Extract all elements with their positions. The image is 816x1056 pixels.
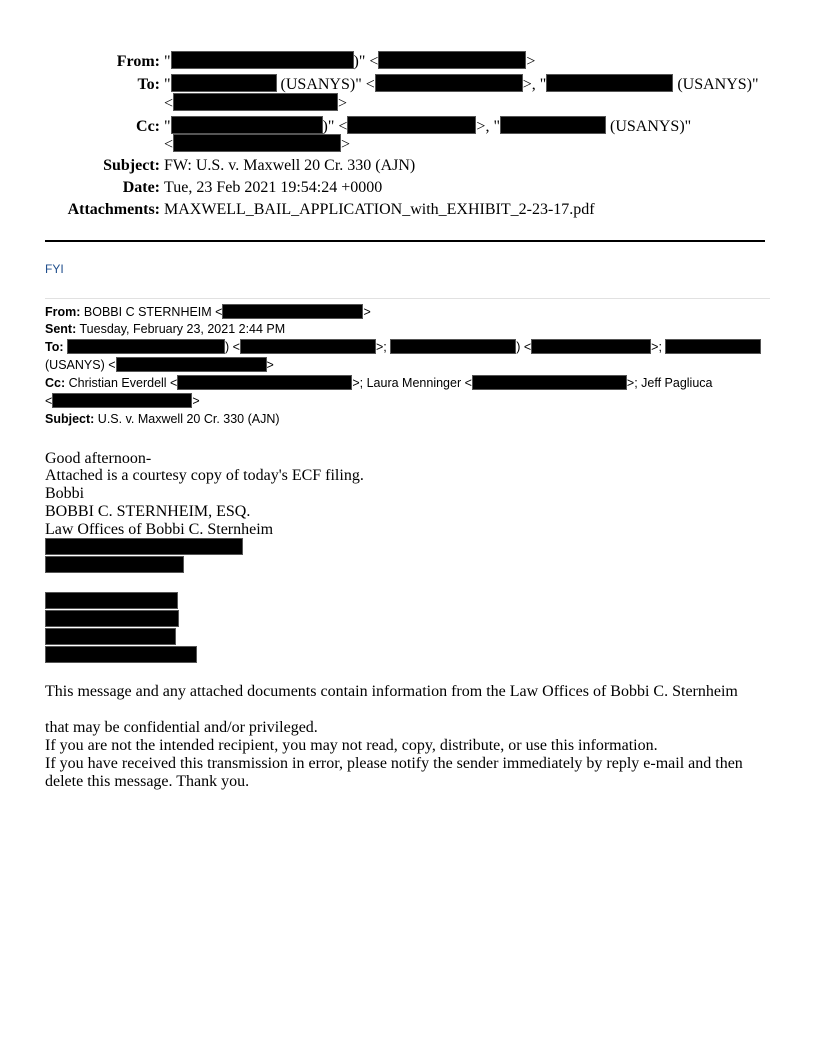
- to-sep: >, ": [523, 76, 547, 93]
- attachments-row: Attachments: MAXWELL_BAIL_APPLICATION_wi…: [0, 199, 816, 221]
- fwd-cc-row-cont: <>: [45, 392, 785, 410]
- to-sep: ) <: [516, 340, 531, 354]
- lt: <: [164, 95, 173, 112]
- redaction: [67, 339, 225, 354]
- redaction: [177, 375, 352, 390]
- redaction-contact: [45, 592, 178, 609]
- cc-laura-menninger: >; Laura Menninger <: [352, 376, 472, 390]
- redaction: [171, 74, 277, 92]
- cc-jeff-pagliuca: >; Jeff Pagliuca: [627, 376, 713, 390]
- redaction-address: [45, 538, 243, 555]
- redaction: [222, 304, 363, 319]
- signature-firm: Law Offices of Bobbi C. Sternheim: [45, 521, 273, 539]
- fwd-from-name: BOBBI C STERNHEIM <: [80, 305, 222, 319]
- fwd-from-row: From: BOBBI C STERNHEIM <>: [45, 303, 785, 321]
- fwd-to-label: To:: [45, 340, 64, 354]
- disclaimer-line: If you have received this transmission i…: [45, 755, 743, 773]
- subject-value: FW: U.S. v. Maxwell 20 Cr. 330 (AJN): [164, 155, 415, 177]
- fwd-subject-label: Subject:: [45, 412, 94, 426]
- fwd-subject-value: U.S. v. Maxwell 20 Cr. 330 (AJN): [94, 412, 279, 426]
- disclaimer-line: delete this message. Thank you.: [45, 773, 249, 791]
- header-divider: [45, 240, 765, 242]
- gt: >: [363, 305, 370, 319]
- fwd-subject-row: Subject: U.S. v. Maxwell 20 Cr. 330 (AJN…: [45, 410, 785, 428]
- attachments-label: Attachments:: [68, 199, 160, 221]
- to-row-cont: <>: [0, 93, 816, 115]
- signature-name: BOBBI C. STERNHEIM, ESQ.: [45, 503, 250, 521]
- redaction: [546, 74, 673, 92]
- forward-divider: [45, 298, 770, 299]
- fwd-sent-label: Sent:: [45, 322, 76, 336]
- gt: >: [192, 394, 199, 408]
- redaction: [375, 74, 523, 92]
- gt: >: [341, 136, 350, 153]
- fwd-sent-row: Sent: Tuesday, February 23, 2021 2:44 PM: [45, 320, 785, 338]
- body-line: Attached is a courtesy copy of today's E…: [45, 467, 364, 485]
- date-row: Date: Tue, 23 Feb 2021 19:54:24 +0000: [0, 177, 816, 199]
- gt: >: [338, 95, 347, 112]
- from-row: From: ")" <>: [0, 51, 816, 73]
- redaction-address: [45, 556, 184, 573]
- lt: <: [164, 136, 173, 153]
- fwd-sent-value: Tuesday, February 23, 2021 2:44 PM: [76, 322, 285, 336]
- attachment-link[interactable]: MAXWELL_BAIL_APPLICATION_with_EXHIBIT_2-…: [164, 199, 595, 221]
- fwd-to-row-cont: (USANYS) <>: [45, 356, 785, 374]
- redaction: [347, 116, 476, 134]
- to-sep: (USANYS)": [673, 76, 758, 93]
- subject-label: Subject:: [103, 155, 160, 177]
- disclaimer-line: This message and any attached documents …: [45, 683, 738, 701]
- to-sep: ) <: [225, 340, 240, 354]
- redaction-contact: [45, 646, 197, 663]
- redaction: [390, 339, 516, 354]
- redaction: [116, 357, 267, 372]
- redaction: [173, 93, 338, 111]
- redaction: [665, 339, 761, 354]
- from-close: >: [526, 53, 535, 70]
- to-sep: >;: [376, 340, 387, 354]
- to-cont-prefix: (USANYS) <: [45, 358, 116, 372]
- redaction: [378, 51, 526, 69]
- to-sep: (USANYS)" <: [277, 76, 375, 93]
- from-label: From:: [117, 51, 160, 73]
- greeting: Good afternoon-: [45, 450, 151, 468]
- from-value: ")" <>: [164, 51, 535, 73]
- lt: <: [45, 394, 52, 408]
- cc-sep: )" <: [323, 118, 348, 135]
- redaction-contact: [45, 628, 176, 645]
- redaction: [173, 134, 341, 152]
- redaction: [240, 339, 376, 354]
- redaction: [171, 51, 354, 69]
- signoff: Bobbi: [45, 485, 84, 503]
- disclaimer-line: that may be confidential and/or privileg…: [45, 719, 318, 737]
- fwd-to-row: To: ) <>; ) <>;: [45, 338, 785, 356]
- from-sep: )" <: [354, 53, 379, 70]
- gt: >: [267, 358, 274, 372]
- to-value-cont: <>: [164, 93, 347, 115]
- to-sep: >;: [651, 340, 662, 354]
- cc-value-cont: <>: [164, 134, 350, 156]
- fwd-cc-row: Cc: Christian Everdell <>; Laura Menning…: [45, 374, 785, 392]
- redaction-contact: [45, 610, 179, 627]
- date-label: Date:: [123, 177, 160, 199]
- redaction: [500, 116, 606, 134]
- redaction: [171, 116, 323, 134]
- redaction: [531, 339, 651, 354]
- cc-christian-everdell: Christian Everdell <: [65, 376, 177, 390]
- redaction: [52, 393, 192, 408]
- redaction: [472, 375, 627, 390]
- fyi-text: FYI: [45, 262, 64, 276]
- fwd-cc-label: Cc:: [45, 376, 65, 390]
- fwd-from-label: From:: [45, 305, 80, 319]
- subject-row: Subject: FW: U.S. v. Maxwell 20 Cr. 330 …: [0, 155, 816, 177]
- cc-row-cont: <>: [0, 134, 816, 156]
- date-value: Tue, 23 Feb 2021 19:54:24 +0000: [164, 177, 382, 199]
- cc-sep: >, ": [476, 118, 500, 135]
- cc-sep: (USANYS)": [606, 118, 691, 135]
- disclaimer-line: If you are not the intended recipient, y…: [45, 737, 658, 755]
